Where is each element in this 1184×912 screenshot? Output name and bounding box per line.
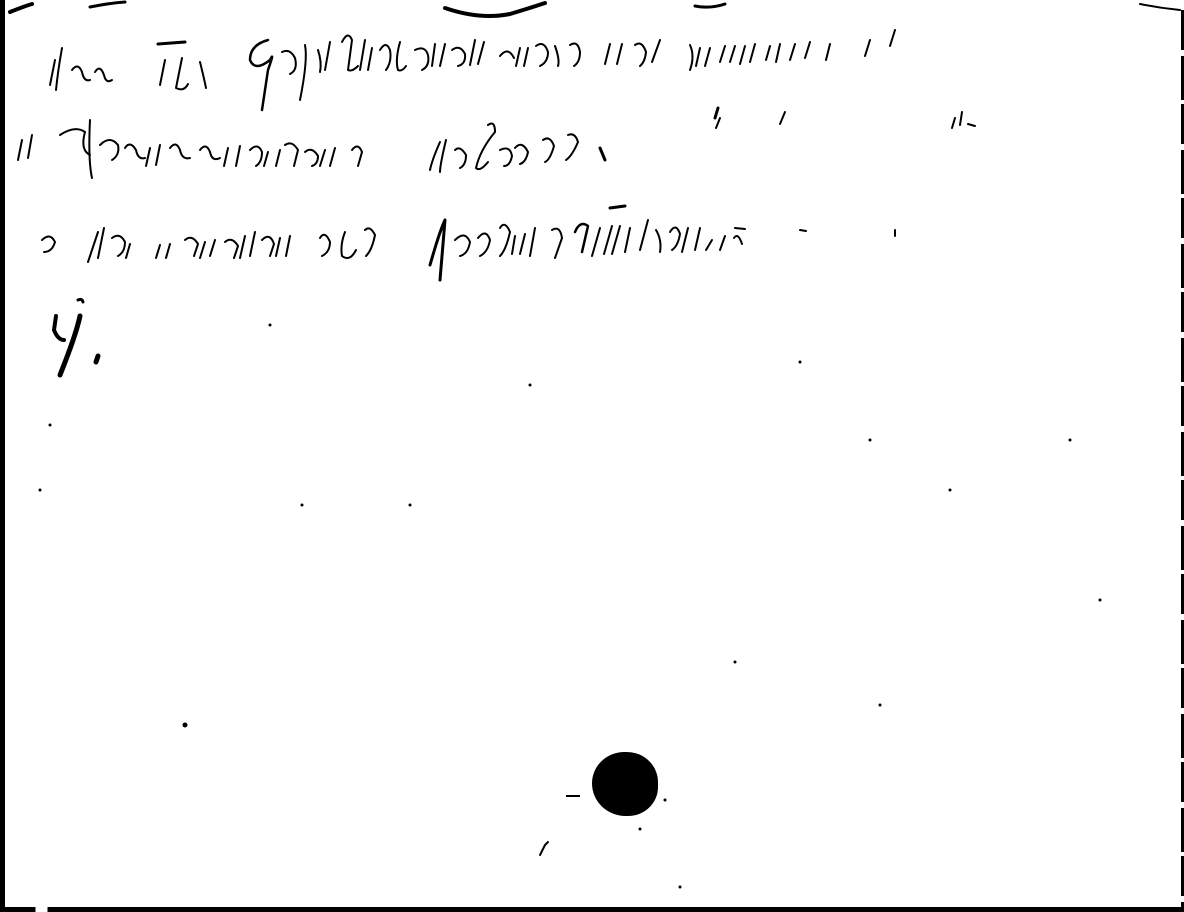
line-1-strokes bbox=[50, 30, 895, 118]
speckle-noise bbox=[39, 324, 1102, 889]
line-3-strokes bbox=[42, 206, 895, 280]
line-2-strokes bbox=[18, 112, 975, 178]
line-4-strokes bbox=[54, 299, 98, 375]
ink-blot bbox=[592, 752, 658, 816]
document-card: Читать дерматические ... и Сравнения лвс… bbox=[0, 0, 1184, 912]
